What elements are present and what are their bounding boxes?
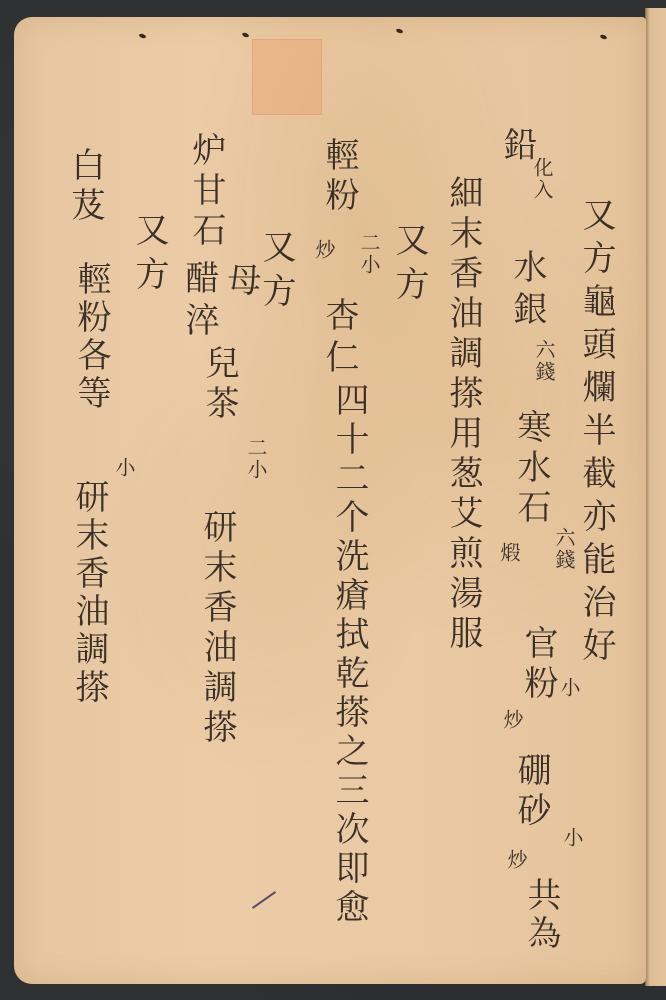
text-segment: 輕粉各等 xyxy=(74,261,108,413)
text-segment: 母 xyxy=(224,262,258,300)
binding-hole xyxy=(396,28,404,34)
adjacent-page-edge xyxy=(645,8,666,986)
text-segment: 杏仁 xyxy=(322,297,356,381)
text-segment: 共為 xyxy=(524,877,558,953)
text-segment: 四十二个洗瘡拭乾搽之三次即愈 xyxy=(332,382,366,928)
manuscript-page: 又方龜頭爛半截亦能治好 鉛 化入 水銀 六錢 寒水石 煅 六錢 官粉 小 炒 硼… xyxy=(14,17,646,984)
text-segment: 研末香油調搽 xyxy=(200,509,234,749)
heading-you-fang: 又方 xyxy=(392,222,426,310)
text-segment: 醋 xyxy=(182,260,216,298)
text-segment: 研末香油調搽 xyxy=(72,479,106,707)
binding-hole xyxy=(242,32,250,38)
binding-hole xyxy=(600,34,608,40)
faded-seal-stamp xyxy=(252,39,322,115)
heading-you-fang: 又方 xyxy=(259,229,293,317)
annotation: 小 xyxy=(559,677,579,699)
text-segment: 淬 xyxy=(182,302,216,340)
text-column-2-lead: 鉛 xyxy=(500,127,534,165)
annotation: 炒 xyxy=(314,239,334,261)
annotation: 煅 xyxy=(499,542,519,564)
text-segment: 硼砂 xyxy=(514,752,548,832)
text-segment: 輕粉 xyxy=(322,137,356,217)
text-segment: 炉甘石 xyxy=(189,132,223,252)
annotation: 炒 xyxy=(502,709,522,731)
text-column-3: 細末香油調搽用葱艾煎湯服 xyxy=(446,175,480,655)
text-segment: 寒水石 xyxy=(514,409,548,529)
text-segment: 兒茶 xyxy=(202,345,236,425)
annotation: 六錢 xyxy=(554,527,574,571)
annotation: 二小 xyxy=(246,437,266,481)
text-column-1: 又方龜頭爛半截亦能治好 xyxy=(579,197,613,670)
heading-you-fang: 又方 xyxy=(132,212,166,300)
binding-hole xyxy=(139,33,147,39)
annotation: 炒 xyxy=(506,849,526,871)
annotation: 化入 xyxy=(532,157,552,201)
annotation: 小 xyxy=(562,827,582,849)
text-segment: 水銀 xyxy=(510,249,544,333)
annotation: 二小 xyxy=(359,232,379,276)
text-segment: 白芨 xyxy=(68,147,102,227)
annotation: 六錢 xyxy=(534,339,554,383)
text-segment: 官粉 xyxy=(521,625,555,705)
ink-scratch-mark xyxy=(252,891,276,909)
annotation: 小 xyxy=(114,457,134,479)
